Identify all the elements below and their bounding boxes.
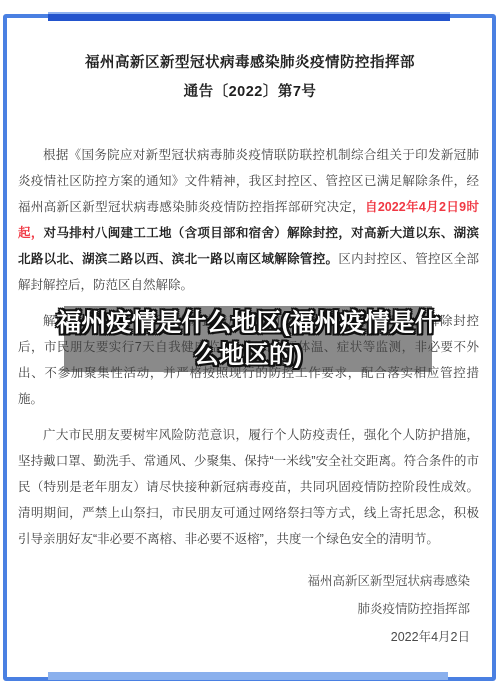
watermark-line-2: 么地区的) (194, 339, 302, 371)
signature-date: 2022年4月2日 (307, 623, 470, 651)
announcement-image: 福州高新区新型冠状病毒感染肺炎疫情防控指挥部 通告〔2022〕第7号 根据《国务… (0, 0, 500, 684)
paragraph: 广大市民朋友要树牢风险防范意识，履行个人防疫责任，强化个人防护措施，坚持戴口罩、… (18, 422, 479, 552)
watermark-line-1: 福州疫情是什么地区(福州疫情是什 (56, 307, 439, 339)
signature-block: 福州高新区新型冠状病毒感染 肺炎疫情防控指挥部 2022年4月2日 (307, 567, 470, 651)
signature-line-2: 肺炎疫情防控指挥部 (307, 595, 470, 623)
text-segment: 广大市民朋友要树牢风险防范意识，履行个人防疫责任，强化个人防护措施，坚持戴口罩、… (18, 428, 479, 546)
title-line-2: 通告〔2022〕第7号 (0, 84, 500, 101)
paragraph: 根据《国务院应对新型冠状病毒肺炎疫情联防联控机制综合组关于印发新冠肺炎疫情社区防… (18, 142, 479, 298)
document-title: 福州高新区新型冠状病毒感染肺炎疫情防控指挥部 通告〔2022〕第7号 (0, 55, 500, 101)
watermark-overlay: 福州疫情是什么地区(福州疫情是什 么地区的) (64, 306, 432, 372)
signature-line-1: 福州高新区新型冠状病毒感染 (307, 567, 470, 595)
title-line-1: 福州高新区新型冠状病毒感染肺炎疫情防控指挥部 (0, 55, 500, 72)
